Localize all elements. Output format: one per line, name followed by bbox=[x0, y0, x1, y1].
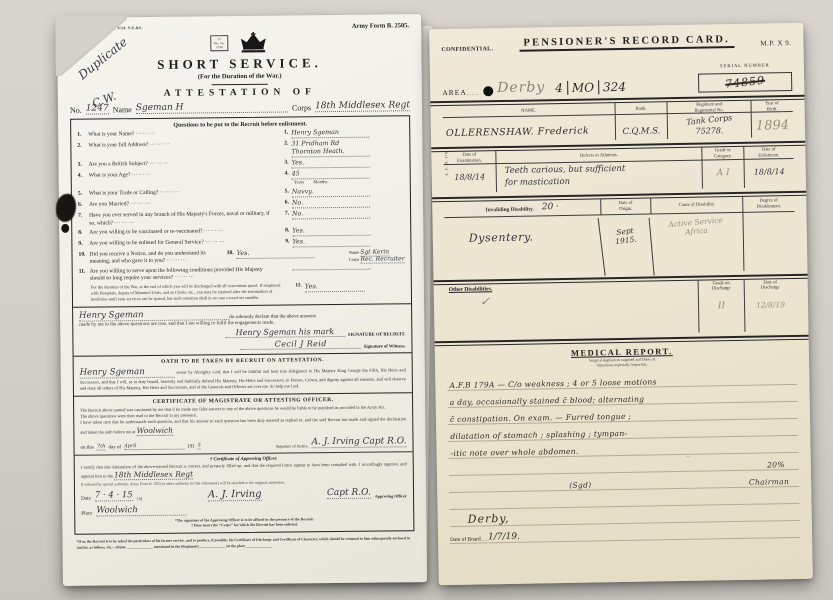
place-value: Woolwich bbox=[96, 504, 186, 516]
invaliding-table: Invaliding Disability. 20 · Date of Orig… bbox=[444, 195, 795, 275]
question-text: Are you Married? bbox=[89, 200, 277, 209]
question-text: Are you willing to be vaccinated or re-v… bbox=[89, 227, 277, 236]
exam-date-header: Date of Examination. bbox=[443, 151, 495, 164]
discharge-date-value: 12/8/19 bbox=[745, 290, 796, 310]
attestation-heading: ATTESTATION OF bbox=[70, 86, 410, 100]
answer-cell: Henry Sgeman bbox=[291, 128, 403, 138]
declaration-name: Henry Sgeman bbox=[79, 309, 229, 322]
corps-value: 18th Middlesex Regt bbox=[315, 100, 410, 112]
approving-corps: 18th Middlesex Regt bbox=[114, 470, 193, 481]
card-form-ref: M.P. X 9. bbox=[760, 39, 791, 48]
answer-value: No. bbox=[292, 210, 370, 220]
date-value: 7 · 4 · 15 bbox=[95, 490, 133, 501]
place-label: Place bbox=[81, 510, 92, 516]
answer-cell: No. bbox=[292, 199, 404, 209]
scanned-documents-photo: Duplicate C.W. 2058. W.912—40. 20,000. 9… bbox=[0, 0, 833, 600]
question-number: 11. bbox=[79, 268, 90, 275]
answer-number: 5. bbox=[277, 189, 292, 196]
question-number: 5. bbox=[78, 191, 89, 198]
area-code-2: MO bbox=[567, 80, 598, 95]
divider bbox=[212, 84, 268, 86]
date-label: Date bbox=[81, 495, 91, 501]
answer-cell: Yes. bbox=[292, 226, 404, 236]
questions-section: Questions to be put to the Recruit befor… bbox=[71, 116, 411, 306]
board-date-label: Date of Board bbox=[450, 536, 481, 543]
attestation-form: Duplicate C.W. 2058. W.912—40. 20,000. 9… bbox=[57, 14, 427, 586]
recruiting-stamp: 37 Rec. No. 5748 bbox=[211, 35, 228, 52]
invaliding-label: Invaliding Disability. bbox=[486, 207, 534, 215]
question-text: Have you ever served in any branch of Hi… bbox=[89, 211, 277, 227]
certificate-month: April bbox=[124, 443, 184, 451]
question-number: 9. bbox=[78, 240, 89, 247]
origin-value: Sept 1915. bbox=[598, 212, 655, 276]
certificate-year: 5 bbox=[198, 442, 201, 449]
pensioner-record-card: CONFIDENTIAL. PENSIONER'S RECORD CARD. M… bbox=[429, 23, 813, 585]
no-label: No. bbox=[70, 106, 82, 115]
notice-name-label: Name bbox=[349, 249, 360, 254]
question-number: 6. bbox=[78, 202, 89, 209]
question-number: 7. bbox=[78, 213, 89, 220]
question-row: 2. What is your full Address? 2. 31 Prid… bbox=[77, 139, 403, 160]
question-text: Are you willing to be enlisted for Gener… bbox=[89, 238, 277, 247]
serial-number-label: SERIAL NUMBER bbox=[720, 62, 770, 68]
day-of-label: day of bbox=[108, 445, 121, 450]
serial-number-value: 74859 bbox=[725, 74, 766, 91]
discharge-grade-header: Grade on Discharge bbox=[699, 280, 744, 292]
dotted-leader: ..... bbox=[467, 90, 480, 96]
discharge-date-header: Date of Discharge bbox=[745, 279, 796, 291]
question-number: 3. bbox=[78, 162, 89, 169]
certificate-day: 7th bbox=[97, 443, 105, 450]
royal-crest-icon bbox=[238, 32, 268, 54]
punch-hole bbox=[483, 86, 493, 96]
answer-number: 6. bbox=[277, 200, 292, 207]
card-header: CONFIDENTIAL. PENSIONER'S RECORD CARD. M… bbox=[441, 33, 791, 53]
name-value: OLLERENSHAW. Frederick bbox=[443, 116, 615, 144]
serial-number-box: 74859 bbox=[698, 72, 792, 93]
corps-label: Corps bbox=[292, 103, 311, 112]
question-number: 1. bbox=[77, 132, 88, 139]
answer-cell: Yes. bbox=[237, 248, 349, 258]
enlist-date-header: Date of Enlistment. bbox=[743, 146, 793, 159]
year-prefix: 191 bbox=[187, 445, 195, 450]
duration-clause-row: For the duration of the War, at the end … bbox=[79, 282, 405, 303]
name-table: NAME. Rank. Regiment and Regimental No. … bbox=[443, 100, 794, 143]
dotted-leader: ...... bbox=[481, 537, 489, 542]
declaration-section: Henry Sgeman do solemnly declare that th… bbox=[73, 303, 411, 356]
certificate-place: Woolwich bbox=[137, 425, 174, 435]
discharge-grade-column: Grade on Discharge II bbox=[698, 280, 745, 333]
question-row: 11. Are you willing to serve upon the fo… bbox=[79, 265, 405, 283]
notice-details: Name Sgt Kerin Corps Rec. Recruiter bbox=[349, 248, 405, 264]
answer-cell: Navvy. bbox=[292, 188, 404, 198]
duration-answer-number: 11. bbox=[290, 283, 305, 301]
bottom-instruction-note: *If so, the Recruit is to be asked the p… bbox=[75, 536, 415, 551]
magistrate-certificate-section: CERTIFICATE OF MAGISTRATE OR ATTESTING O… bbox=[74, 392, 413, 534]
disability-value: Dysentery. bbox=[444, 215, 601, 276]
answer-value: Henry Sgeman bbox=[291, 129, 369, 139]
area-value: Derby bbox=[497, 79, 545, 96]
question-text: What is your full Address? bbox=[88, 141, 276, 150]
degree-value-empty bbox=[742, 212, 795, 271]
invaliding-code: 20 · bbox=[542, 202, 559, 214]
question-text: What is your Name? bbox=[88, 130, 276, 139]
exam-date-value: 18/8/14 bbox=[444, 164, 496, 193]
answer-value: Yes. bbox=[237, 249, 315, 259]
answer-cell bbox=[293, 265, 405, 273]
justice-signature: A. J. Irving Capt R.O. bbox=[312, 436, 407, 448]
signed-abbreviation: (Sgd) bbox=[569, 480, 592, 489]
answer-cell: Yes. bbox=[292, 158, 404, 168]
on-this-label: on this bbox=[81, 446, 95, 451]
confidential-label: CONFIDENTIAL. bbox=[441, 46, 493, 53]
witness-signature-label: Signature of Witness. bbox=[364, 343, 406, 348]
oath-name: Henry Sgeman bbox=[80, 367, 175, 379]
form-body: Questions to be put to the Recruit befor… bbox=[70, 115, 414, 535]
date-year-suffix: 191 bbox=[137, 496, 143, 501]
approving-rank: Capt R.O. bbox=[327, 487, 371, 498]
rank-header: Rank. bbox=[614, 102, 666, 115]
area-code-cells: MO 324 bbox=[567, 80, 630, 95]
serial-number-block: SERIAL NUMBER 74859 bbox=[698, 53, 793, 93]
duration-clause-text: For the duration of the War, at the end … bbox=[79, 283, 290, 303]
justice-label: Signature of Justice. bbox=[204, 443, 309, 449]
question-text: What is your Trade or Calling? bbox=[89, 189, 277, 198]
enlist-date-value: 18/8/14 bbox=[743, 159, 793, 188]
number-name-corps-line: No. 1247 Name Sgeman H Corps 18th Middle… bbox=[70, 100, 410, 115]
cause-value: Active Service Africa bbox=[649, 210, 746, 276]
question-text: Are you a British Subject? bbox=[89, 160, 277, 169]
medical-report-lines: A.F.B 179A — C/o weakness ; 4 or 5 loose… bbox=[447, 368, 798, 459]
name-value: Sgeman H bbox=[136, 102, 288, 115]
notice-corps-value: Rec. Recruiter bbox=[360, 256, 404, 264]
answer-cell: 31 Pridham Rd Thornton Heath. bbox=[291, 139, 403, 158]
notice-corps-label: Corps bbox=[349, 257, 360, 262]
ink-stain-small bbox=[61, 224, 69, 233]
declaration-text-1: do solemnly declare that the above answe… bbox=[229, 314, 316, 320]
discharge-date-column: Date of Discharge 12/8/19 bbox=[744, 279, 797, 332]
answer-suffix: Years Months. bbox=[292, 179, 329, 184]
defects-value: Teeth carious, but sufficient for mastic… bbox=[496, 160, 702, 191]
discharge-grade-value: II bbox=[699, 291, 744, 312]
questions-list: 1. What is your Name? 1. Henry Sgeman 2. bbox=[77, 128, 405, 283]
question-row: 10. Did you receive a Notice, and do you… bbox=[78, 248, 404, 267]
examination-table: A. F. B. 178 Date of Examination. Defect… bbox=[443, 146, 794, 192]
answer-number: 2. bbox=[276, 140, 291, 147]
answer-value: 45 bbox=[292, 170, 370, 180]
answer-value: Yes. bbox=[292, 226, 370, 236]
birth-value: 1894 bbox=[751, 112, 793, 138]
answer-value: Yes. bbox=[292, 159, 370, 169]
duration-answer-value: Yes. bbox=[305, 282, 365, 292]
question-text: What is your Age? bbox=[89, 171, 277, 180]
pencil-checkmark: ✓ bbox=[446, 290, 698, 308]
area-label: AREA bbox=[442, 88, 467, 97]
army-form-number: Army Form B. 2505. bbox=[352, 22, 409, 30]
answer-cell: No. bbox=[292, 210, 404, 220]
approving-signature: A. J. Irving bbox=[208, 488, 262, 501]
answer-number: 7. bbox=[277, 211, 292, 218]
grade-header: Grade or Category. bbox=[701, 147, 743, 160]
question-number: 4. bbox=[78, 173, 89, 180]
answer-value: 31 Pridham Rd Thornton Heath. bbox=[291, 140, 369, 158]
card-title: PENSIONER'S RECORD CARD. bbox=[519, 34, 734, 52]
answer-number: 1. bbox=[276, 129, 291, 136]
other-disabilities-cell: Other Disabilities. ✓ bbox=[446, 280, 699, 336]
birth-header: Year of Birth. bbox=[750, 100, 792, 113]
answer-cell: 45 Years Months. bbox=[292, 169, 404, 187]
afb-side-label: A. F. B. 178 bbox=[444, 152, 448, 177]
regiment-value: Tank Corps 75278. bbox=[667, 113, 751, 139]
grade-value: A I bbox=[702, 160, 744, 189]
degree-header: Degree of Disablement. bbox=[742, 195, 794, 212]
answer-number: 8. bbox=[277, 227, 292, 234]
answer-value: No. bbox=[292, 199, 370, 209]
name-label: Name bbox=[113, 105, 132, 114]
duration-answer-cell: Yes. bbox=[305, 282, 405, 300]
answer-cell: Yes. bbox=[292, 237, 404, 247]
recruit-signature-label: SIGNATURE OF RECRUIT. bbox=[348, 331, 406, 337]
answer-value: Yes. bbox=[292, 237, 370, 247]
witness-signature: Cecil J Reid bbox=[241, 339, 361, 350]
question-text: Are you willing to serve upon the follow… bbox=[90, 267, 278, 283]
question-number: 10. bbox=[78, 251, 89, 258]
answer-number: 10. bbox=[222, 250, 237, 257]
other-disabilities-table: Other Disabilities. ✓ Grade on Discharge… bbox=[446, 279, 797, 337]
chairman-signature: Chairman bbox=[749, 477, 789, 487]
answer-number: 3. bbox=[277, 160, 292, 167]
answer-value: Navvy. bbox=[292, 188, 370, 198]
recruit-signature: Henry Sgeman his mark bbox=[225, 327, 345, 338]
question-row: 4. What is your Age? 4. 45 Years Months. bbox=[78, 169, 404, 189]
question-text: Did you receive a Notice, and do you und… bbox=[89, 250, 221, 266]
question-row: 7. Have you ever served in any branch of… bbox=[78, 210, 404, 228]
question-number: 2. bbox=[77, 143, 88, 150]
approving-officer-label: Approving Officer. bbox=[375, 493, 407, 498]
board-date-value: 1/7/19. bbox=[488, 532, 520, 543]
rank-value: C.Q.M.S. bbox=[615, 115, 667, 141]
certificate-text-3: I have taken care that he understands ea… bbox=[80, 417, 406, 435]
area-code-1: 4 bbox=[555, 81, 563, 95]
area-code-3: 324 bbox=[598, 80, 630, 95]
area-row: AREA ..... Derby 4 MO 324 SERIAL NUMBER … bbox=[442, 53, 793, 97]
answer-number: 9. bbox=[277, 238, 292, 245]
oath-section: OATH TO BE TAKEN BY RECRUIT ON ATTESTATI… bbox=[74, 352, 412, 396]
answer-number: 4. bbox=[277, 171, 292, 178]
answer-value bbox=[293, 269, 371, 271]
question-number: 8. bbox=[78, 229, 89, 236]
